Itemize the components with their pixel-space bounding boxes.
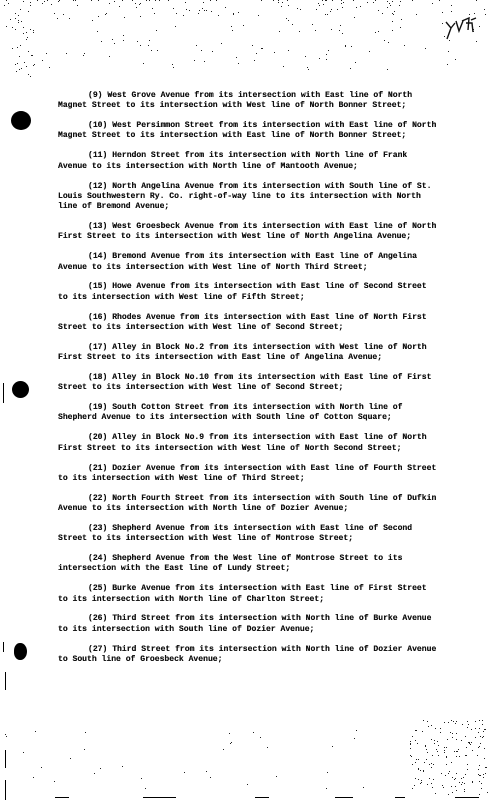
paragraph-20: (20) Alley in Block No.9 from its inters… <box>58 433 438 454</box>
paragraph-25: (25) Burke Avenue from its intersection … <box>58 584 438 605</box>
paragraph-10: (10) West Persimmon Street from its inte… <box>58 121 438 142</box>
scan-edge <box>335 797 353 798</box>
paragraph-24: (24) Shepherd Avenue from the West line … <box>58 554 438 575</box>
scan-edge <box>55 797 69 798</box>
margin-mark <box>5 750 6 768</box>
punch-hole-bottom <box>14 643 27 660</box>
paragraph-15: (15) Howe Avenue from its intersection w… <box>58 282 438 303</box>
paragraph-18: (18) Alley in Block No.10 from its inter… <box>58 373 438 394</box>
margin-mark <box>3 383 4 403</box>
paragraph-23: (23) Shepherd Avenue from its intersecti… <box>58 524 438 545</box>
scan-edge <box>143 797 176 798</box>
punch-hole-middle <box>12 381 29 398</box>
scanned-document-page: (9) West Grove Avenue from its intersect… <box>0 0 488 800</box>
punch-hole-top <box>11 111 31 130</box>
scan-edge <box>395 797 405 798</box>
paragraph-14: (14) Bremond Avenue from its intersectio… <box>58 252 438 273</box>
margin-mark <box>5 780 6 800</box>
paragraph-9: (9) West Grove Avenue from its intersect… <box>58 91 438 112</box>
paragraph-19: (19) South Cotton Street from its inters… <box>58 403 438 424</box>
paragraph-11: (11) Herndon Street from its intersectio… <box>58 151 438 172</box>
paragraph-16: (16) Rhodes Avenue from its intersection… <box>58 313 438 334</box>
margin-mark <box>5 672 6 690</box>
scan-edge <box>455 797 479 798</box>
paragraph-26: (26) Third Street from its intersection … <box>58 614 438 635</box>
paragraph-27: (27) Third Street from its intersection … <box>58 645 438 666</box>
paragraph-22: (22) North Fourth Street from its inters… <box>58 494 438 515</box>
paragraph-21: (21) Dozier Avenue from its intersection… <box>58 464 438 485</box>
paragraph-13: (13) West Groesbeck Avenue from its inte… <box>58 222 438 243</box>
document-body: (9) West Grove Avenue from its intersect… <box>58 91 438 675</box>
margin-mark <box>3 642 4 652</box>
paragraph-12: (12) North Angelina Avenue from its inte… <box>58 182 438 213</box>
scan-edge <box>255 797 269 798</box>
paragraph-17: (17) Alley in Block No.2 from its inters… <box>58 343 438 364</box>
